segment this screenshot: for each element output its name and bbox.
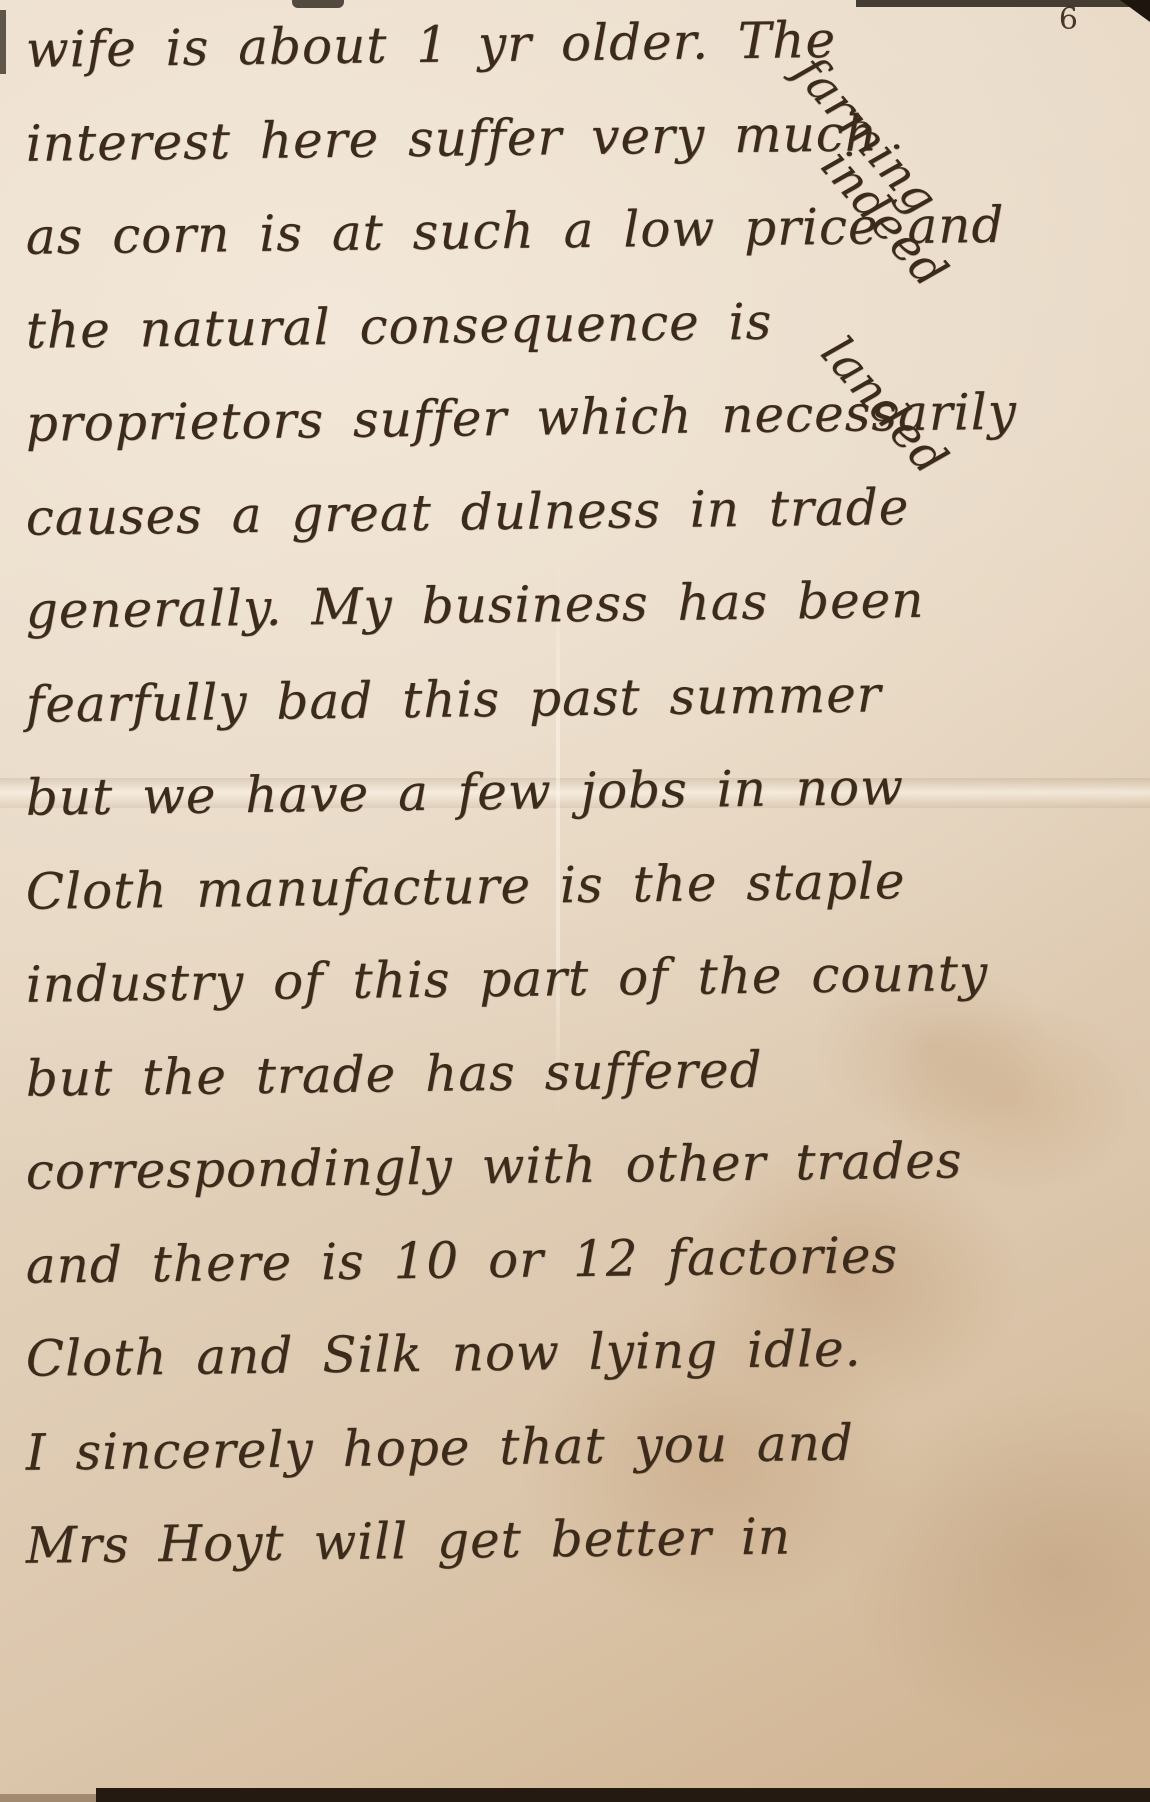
handwriting-block: wife is about 1 yr older. Thefarminginte…: [26, 14, 1136, 1604]
handwriting-text: Mrs Hoyt will get better in: [25, 1507, 791, 1574]
handwriting-text: generally. My business has been: [25, 571, 924, 640]
handwriting-line: generally. My business has been: [25, 568, 1136, 675]
handwriting-text: causes a great dulness in trade: [25, 477, 909, 546]
handwriting-text: but we have a few jobs in now: [25, 758, 904, 827]
handwriting-text: but the trade has suffered: [25, 1040, 762, 1107]
scan-edge-top: [856, 0, 1150, 7]
handwriting-text: and there is 10 or 12 factories: [25, 1226, 898, 1295]
handwriting-text: correspondingly with other trades: [25, 1131, 962, 1200]
handwriting-line: but the trade has suffered: [25, 1036, 1136, 1143]
handwriting-line: fearfully bad this past summer: [25, 662, 1136, 769]
handwriting-line: as corn is at such a low price and: [25, 194, 1136, 301]
handwriting-line: causes a great dulness in trade: [25, 475, 1136, 582]
handwriting-line: I sincerely hope that you and: [25, 1410, 1136, 1517]
handwriting-line: and there is 10 or 12 factories: [25, 1223, 1136, 1330]
handwriting-text: the natural consequence is: [25, 292, 772, 359]
scan-edge-mark: [292, 0, 344, 8]
handwriting-text: Cloth and Silk now lying idle.: [25, 1320, 861, 1388]
handwriting-text: industry of this part of the county: [25, 944, 988, 1014]
handwriting-line: Cloth manufacture is the staple: [25, 849, 1136, 956]
handwriting-line: Cloth and Silk now lying idle.: [25, 1316, 1136, 1423]
handwriting-line: interest here suffer very muchindeed: [25, 101, 1136, 208]
handwriting-text: wife is about 1 yr older. The: [25, 11, 836, 79]
letter-page: 6 wife is about 1 yr older. Thefarmingin…: [0, 0, 1150, 1802]
scan-edge-bottom: [96, 1788, 1150, 1802]
handwriting-line: Mrs Hoyt will get better in: [25, 1503, 1136, 1610]
scan-edge-left-mark: [0, 10, 6, 74]
handwriting-text: as corn is at such a low price and: [25, 196, 1004, 266]
handwriting-line: proprietors suffer which necessarily: [25, 381, 1136, 488]
handwriting-text: proprietors suffer which necessarily: [25, 383, 1017, 453]
handwriting-line: industry of this part of the county: [25, 942, 1136, 1049]
scan-corner-top-right: [1120, 0, 1150, 22]
handwriting-line: but we have a few jobs in now: [25, 755, 1136, 862]
handwriting-text: interest here suffer very much: [25, 104, 878, 172]
handwriting-text: Cloth manufacture is the staple: [25, 852, 905, 921]
handwriting-line: wife is about 1 yr older. Thefarming: [25, 7, 1136, 114]
handwriting-line: the natural consequence islanded: [25, 288, 1136, 395]
scan-edge-bottom-left: [0, 1794, 96, 1802]
handwriting-text: fearfully bad this past summer: [25, 665, 881, 733]
handwriting-text: I sincerely hope that you and: [25, 1413, 854, 1481]
handwriting-line: correspondingly with other trades: [25, 1129, 1136, 1236]
